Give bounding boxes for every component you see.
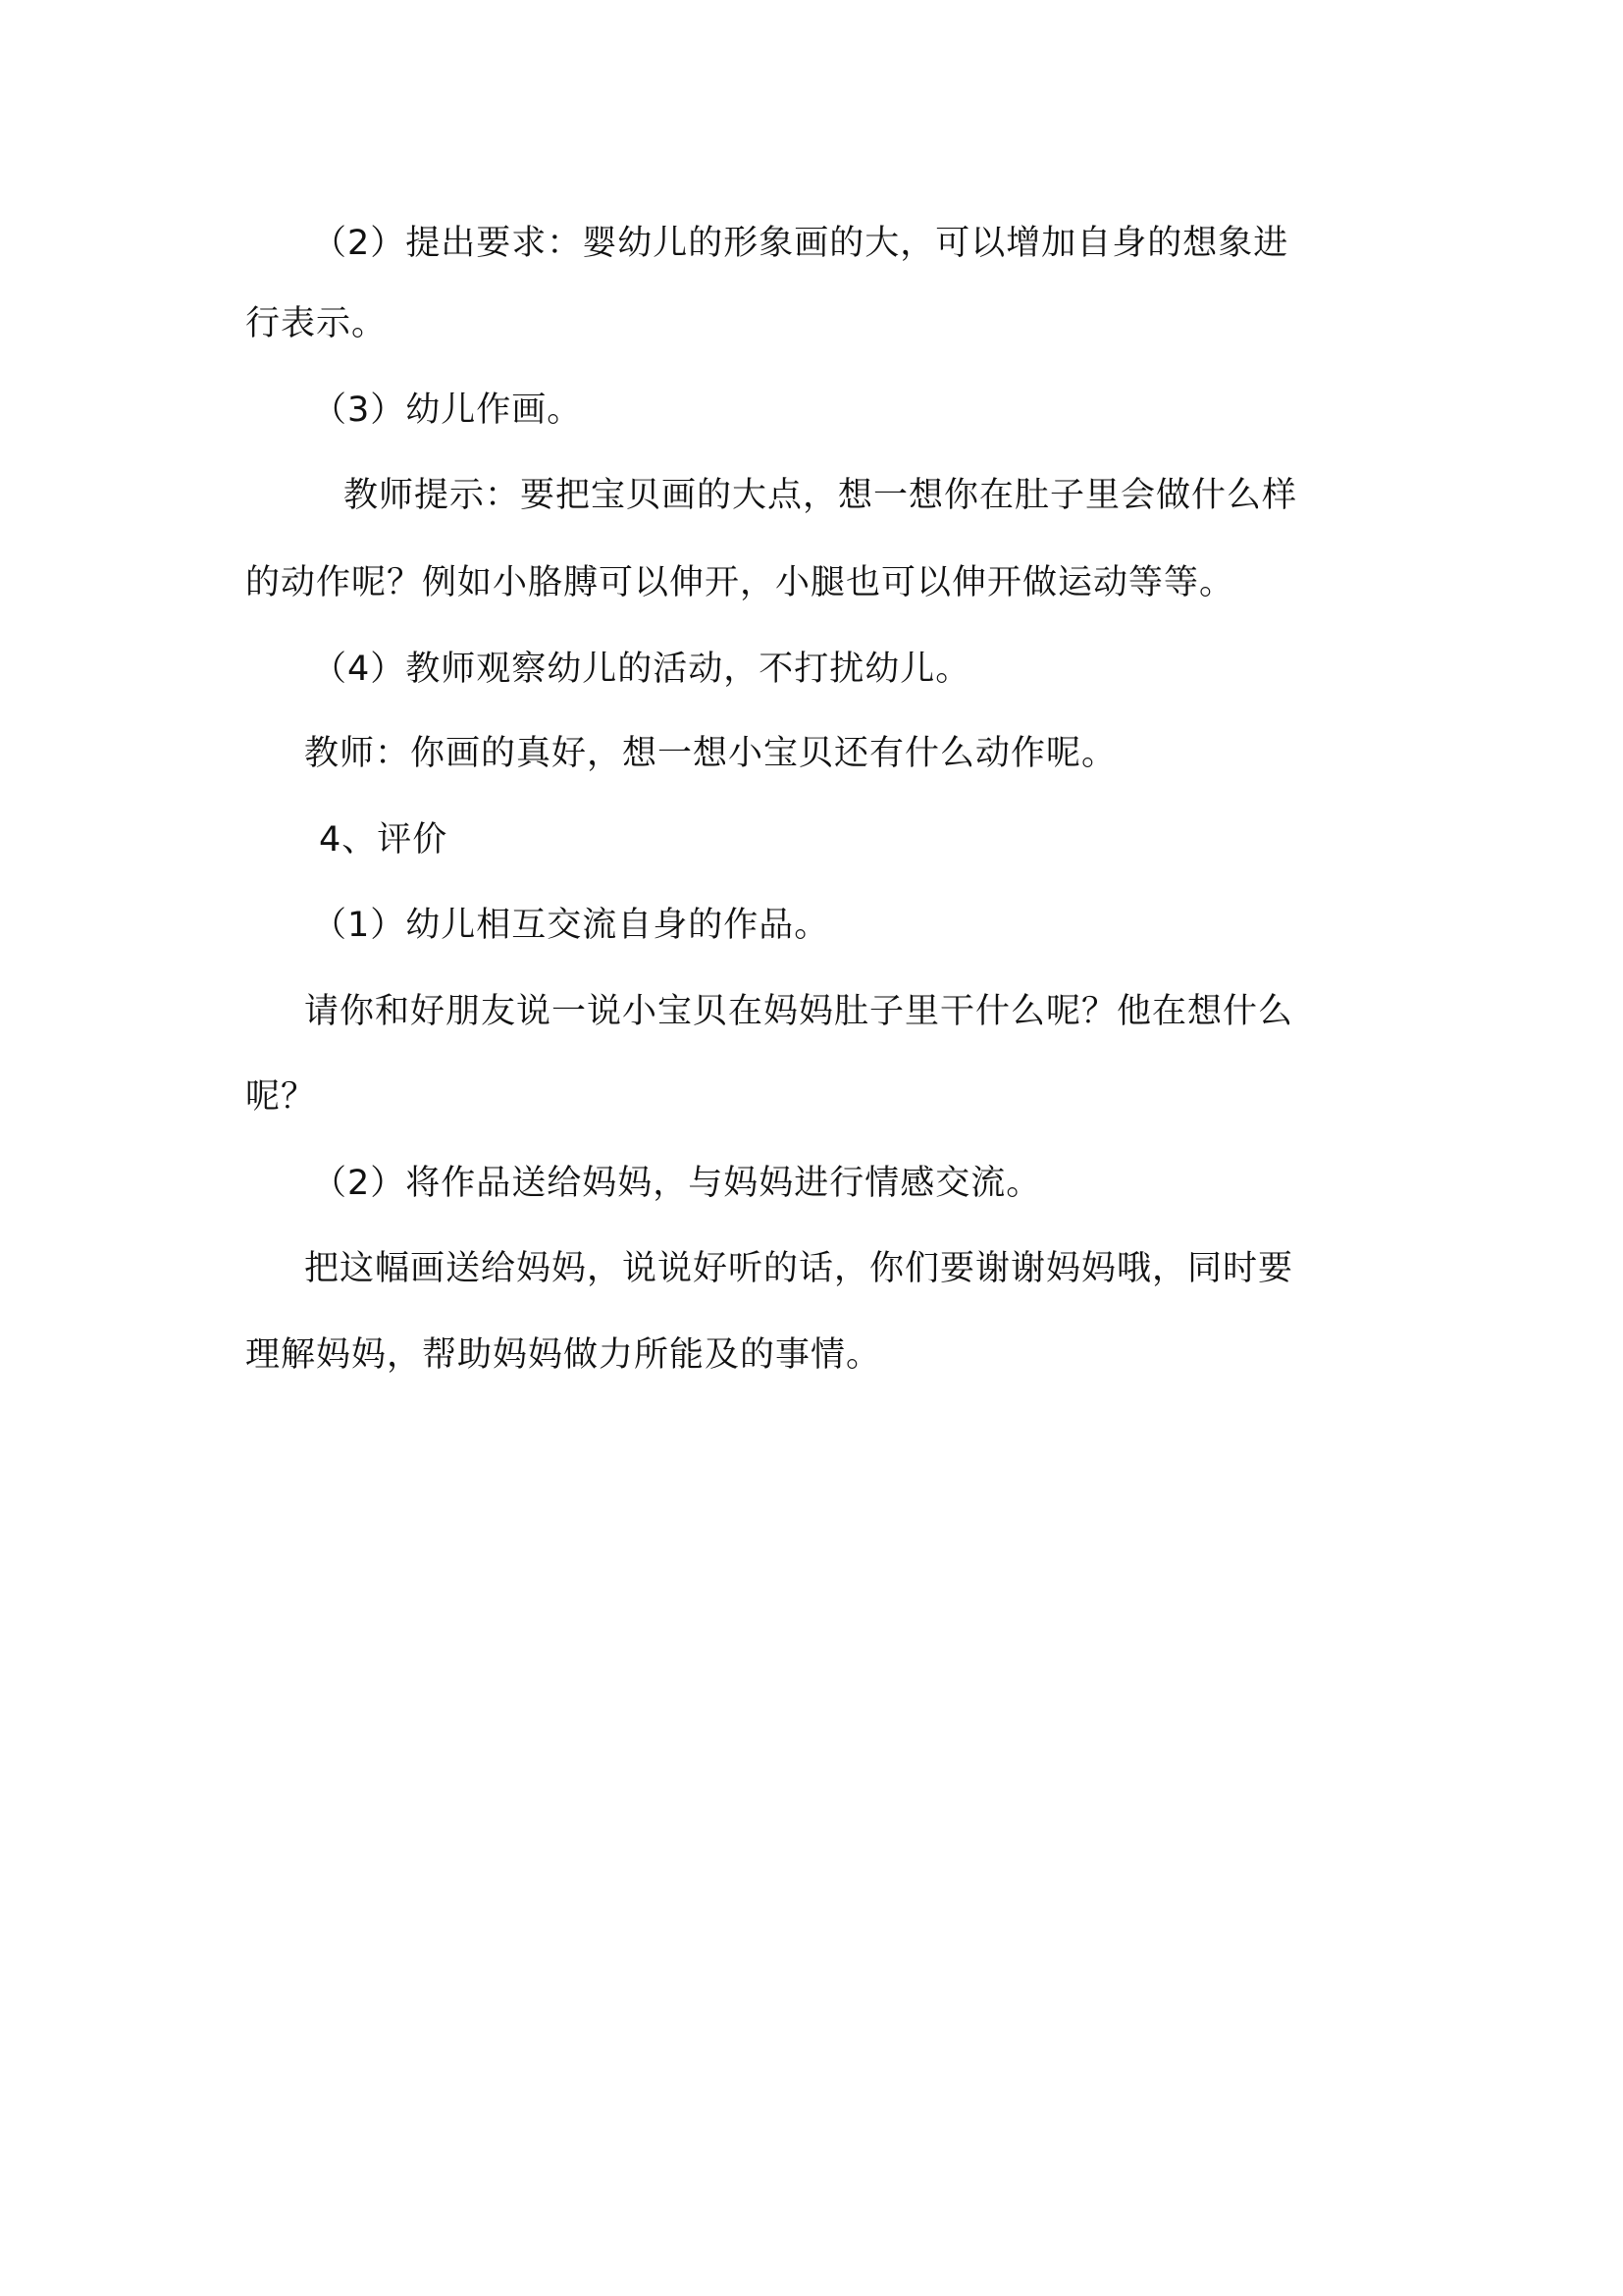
- text-line: 4、评价: [319, 818, 447, 861]
- text-line: （2）提出要求：婴幼儿的形象画的大，可以增加自身的想象进: [312, 222, 1288, 265]
- document-page: （2）提出要求：婴幼儿的形象画的大，可以增加自身的想象进 行表示。 （3）幼儿作…: [0, 0, 1623, 2296]
- text-line: （4）教师观察幼儿的活动，不打扰幼儿。: [312, 648, 970, 691]
- text-line: 呢？: [245, 1075, 316, 1119]
- text-line: （1）幼儿相互交流自身的作品。: [312, 904, 829, 947]
- text-line: 理解妈妈，帮助妈妈做力所能及的事情。: [245, 1333, 881, 1377]
- text-line: 的动作呢？例如小胳膊可以伸开，小腿也可以伸开做运动等等。: [245, 561, 1234, 604]
- text-line: （3）幼儿作画。: [312, 389, 582, 432]
- text-line: （2）将作品送给妈妈，与妈妈进行情感交流。: [312, 1162, 1041, 1205]
- text-line: 请你和好朋友说一说小宝贝在妈妈肚子里干什么呢？他在想什么: [304, 990, 1293, 1033]
- text-line: 教师：你画的真好，想一想小宝贝还有什么动作呢。: [304, 732, 1117, 775]
- text-line: 行表示。: [245, 302, 387, 345]
- text-line: 教师提示：要把宝贝画的大点，想一想你在肚子里会做什么样: [343, 474, 1297, 517]
- text-line: 把这幅画送给妈妈，说说好听的话，你们要谢谢妈妈哦，同时要: [304, 1247, 1293, 1290]
